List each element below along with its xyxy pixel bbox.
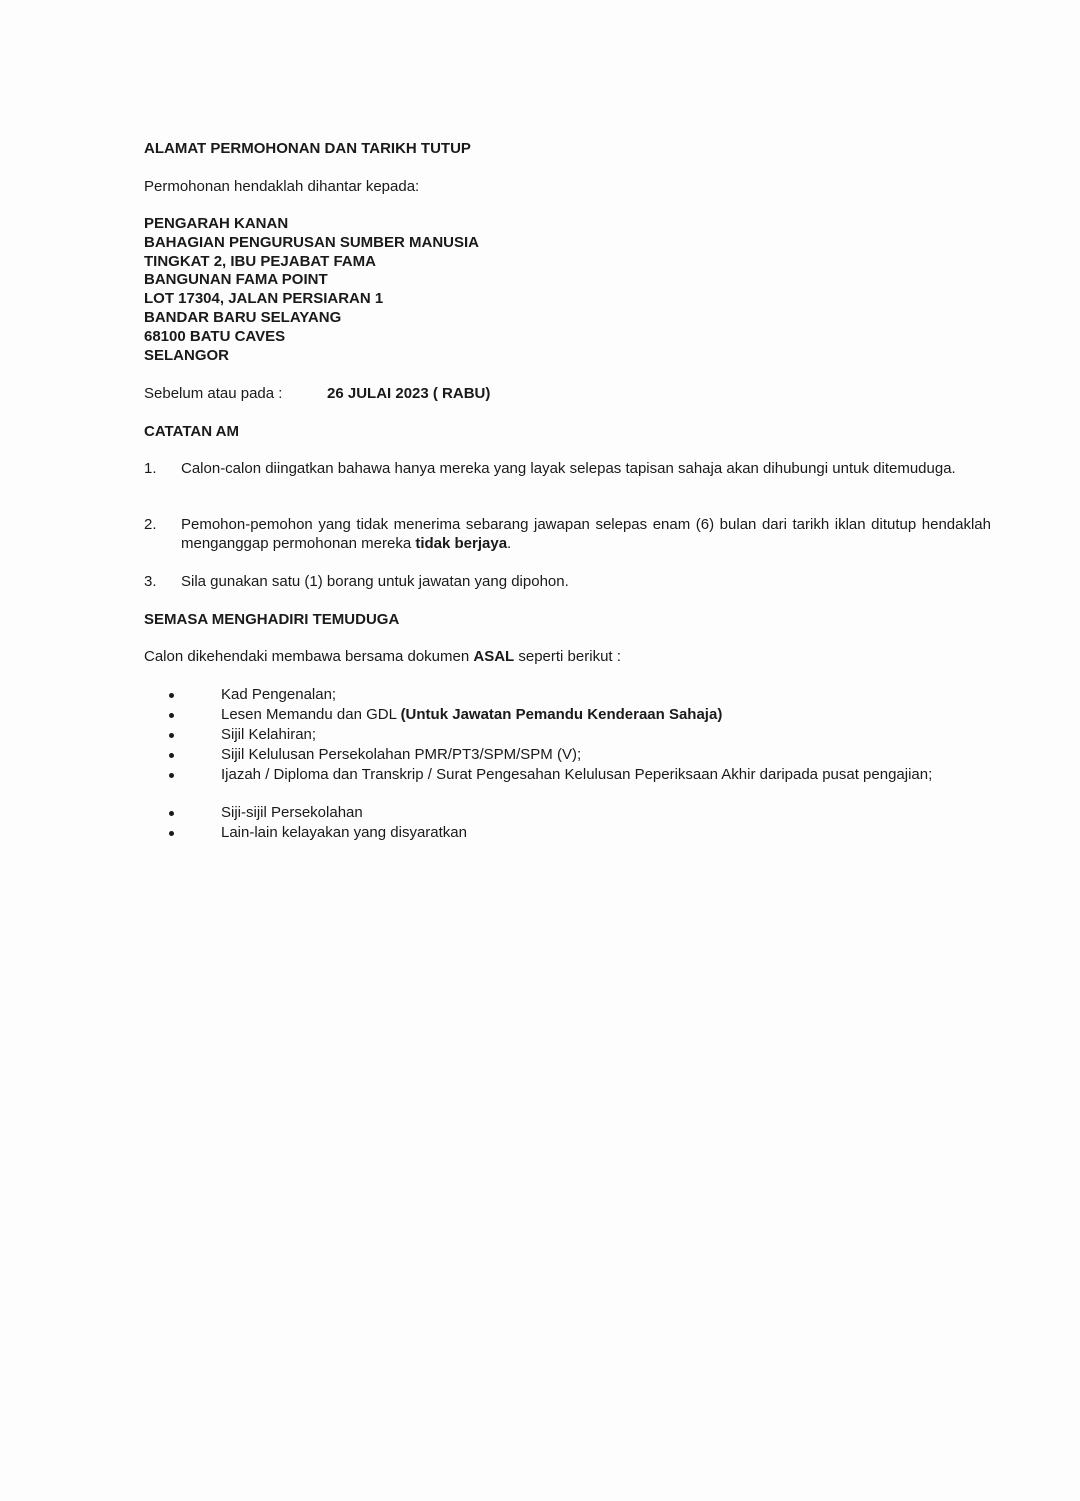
address-line: BANDAR BARU SELAYANG [144,308,341,327]
bullet-icon [169,823,174,836]
bullet-item: Sijil Kelulusan Persekolahan PMR/PT3/SPM… [221,745,941,764]
bullet-item: Sijil Kelahiran; [221,725,941,744]
document-page: ALAMAT PERMOHONAN DAN TARIKH TUTUP Permo… [0,0,1080,1501]
intro-text-emphasis: ASAL [473,648,514,665]
intro-text-part: seperti berikut : [514,648,621,665]
note-text: Calon-calon diingatkan bahawa hanya mere… [181,459,991,478]
section-heading-general-notes: CATATAN AM [144,422,239,441]
bullet-item: Lesen Memandu dan GDL (Untuk Jawatan Pem… [221,705,941,724]
note-number: 2. [144,515,157,534]
note-text: Pemohon-pemohon yang tidak menerima seba… [181,515,991,553]
bullet-text-part: Lesen Memandu dan GDL [221,706,401,723]
bullet-item: Siji-sijil Persekolahan [221,803,941,822]
note-text: Sila gunakan satu (1) borang untuk jawat… [181,572,991,591]
note-text-part: . [507,535,511,552]
address-line: 68100 BATU CAVES [144,327,285,346]
deadline-value: 26 JULAI 2023 ( RABU) [327,384,490,403]
bullet-item: Lain-lain kelayakan yang disyaratkan [221,823,941,842]
application-intro: Permohonan hendaklah dihantar kepada: [144,177,419,196]
note-text-part: Pemohon-pemohon yang tidak menerima seba… [181,516,991,552]
section-heading-application-address: ALAMAT PERMOHONAN DAN TARIKH TUTUP [144,139,471,158]
deadline-label: Sebelum atau pada : [144,384,282,403]
address-line: SELANGOR [144,346,229,365]
bullet-text-emphasis: (Untuk Jawatan Pemandu Kenderaan Sahaja) [401,706,723,723]
bullet-icon [169,705,174,718]
note-number: 3. [144,572,157,591]
intro-text-part: Calon dikehendaki membawa bersama dokume… [144,648,473,665]
address-line: LOT 17304, JALAN PERSIARAN 1 [144,289,383,308]
bullet-icon [169,803,174,816]
note-number: 1. [144,459,157,478]
interview-intro: Calon dikehendaki membawa bersama dokume… [144,647,621,666]
bullet-icon [169,725,174,738]
bullet-icon [169,765,174,778]
address-line: BAHAGIAN PENGURUSAN SUMBER MANUSIA [144,233,479,252]
address-line: BANGUNAN FAMA POINT [144,270,328,289]
address-line: TINGKAT 2, IBU PEJABAT FAMA [144,252,376,271]
address-line: PENGARAH KANAN [144,214,288,233]
bullet-item: Ijazah / Diploma dan Transkrip / Surat P… [221,765,941,784]
bullet-item: Kad Pengenalan; [221,685,941,704]
section-heading-interview: SEMASA MENGHADIRI TEMUDUGA [144,610,399,629]
bullet-icon [169,685,174,698]
note-text-emphasis: tidak berjaya [415,535,507,552]
bullet-icon [169,745,174,758]
